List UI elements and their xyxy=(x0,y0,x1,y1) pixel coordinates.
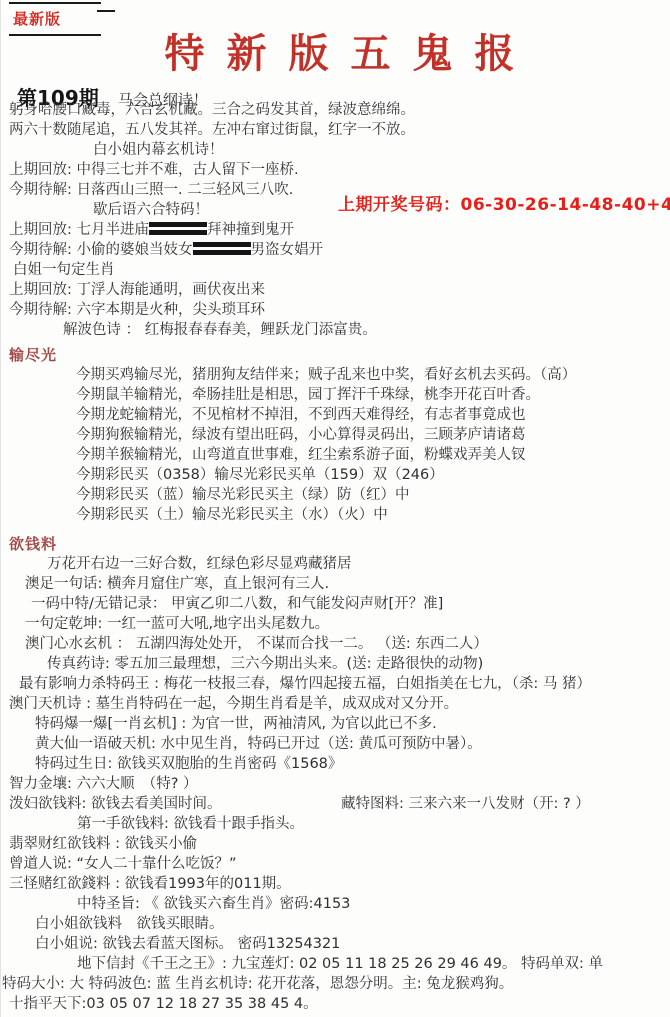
text-line: 白姐一句定生肖 xyxy=(1,260,670,280)
text-line: 翡翠财红欲钱料 : 欲钱买小偷 xyxy=(1,834,670,854)
text-line: 上期回放: 七月半进庙拜神撞到鬼开 xyxy=(1,220,670,240)
right-column-text: 藏特图料: 三来六来一八发财（开: ? ） xyxy=(341,794,590,814)
text-line: 第一手欲钱料: 欲钱看十跟手指头。 xyxy=(1,814,670,834)
censor-bar xyxy=(193,242,251,255)
text-line: 今期羊猴输精光，山弯道直世事难，红尘索系游子面，粉蝶戏弄美人钗 xyxy=(1,445,670,465)
section-header: 欲钱料 xyxy=(1,534,670,554)
text-line: 今期买鸡输尽光，猪朋狗友结伴来；贼子乱来也中奖，看好玄机去买码。（高） xyxy=(1,365,670,385)
text-line: 今期狗猴输精光，绿波有望出旺码，小心算得灵码出，三顾茅庐请诸葛 xyxy=(1,425,670,445)
text-line: 白小姐说: 欲钱去看蓝天图标。 密码13254321 xyxy=(1,934,670,954)
text-line: 今期待解: 日落西山三照一. 二三轻风三八吹. xyxy=(1,180,670,200)
text-line: 解波色诗 ： 红梅报春春春美，鲤跃龙门添富贵。 xyxy=(1,320,670,340)
text-line: 万花开右边一三好合数，红绿色彩尽显鸡藏猪居 xyxy=(1,554,670,574)
text-line: 今期彩民买（蓝）输尽光彩民买主（绿）防（红）中 xyxy=(1,485,670,505)
text-line: 上期回放: 中得三七并不难，古人留下一座桥. xyxy=(1,160,670,180)
text-line: 上期回放: 丁浮人海能通明，画伏夜出来 xyxy=(1,280,670,300)
section-header: 输尽光 xyxy=(1,345,670,365)
text-line: 今期彩民买（0358）输尽光彩民买单（159）双（246） xyxy=(1,465,670,485)
edition-label: 最新版 xyxy=(13,10,61,28)
text-line: 两六十数随尾追，五八发其祥。左冲右窜过街鼠，红字一不放。 xyxy=(1,120,670,140)
text-line: 躬身哈腰口藏毒，六合玄机藏。三合之码发其首，绿波意绵绵。 xyxy=(1,100,670,120)
text-line: 特码爆一爆[一肖玄机] : 为官一世，两袖清风, 为官以此已不多. xyxy=(1,714,670,734)
text-line: 特码过生日: 欲钱买双胞胎的生肖密码《1568》 xyxy=(1,754,670,774)
content: 躬身哈腰口藏毒，六合玄机藏。三合之码发其首，绿波意绵绵。两六十数随尾追，五八发其… xyxy=(1,100,670,1014)
text-line: 智力金壤: 六六大顺 （特? ） xyxy=(1,774,670,794)
text-line: 今期鼠羊输精光，牵肠挂肚是相思，园丁挥汗千珠绿，桃李开花百叶香。 xyxy=(1,385,670,405)
text-line: 一句定乾坤: 一红一蓝可大吼,地字出头尾数九。 xyxy=(1,614,670,634)
text-line: 地下信封《千王之王》: 九宝莲灯: 02 05 11 18 25 26 29 4… xyxy=(1,954,670,974)
text-line: 黄大仙一语破天机: 水中见生肖，特码已开过（送: 黄瓜可预防中暑）。 xyxy=(1,734,670,754)
text-line: 特码大小: 大 特码波色: 蓝 生肖玄机诗: 花开花落，恩怨分明。主: 兔龙猴鸡… xyxy=(1,974,670,994)
text-line: 歇后语六合特码！ xyxy=(1,200,670,220)
text-line: 曾道人说: “女人二十靠什么吃饭？” xyxy=(1,854,670,874)
text-line: 一码中特/无错记录： 甲寅乙卯二八数，和气能发闷声财[开？准] xyxy=(1,594,670,614)
text-line: 白小姐内幕玄机诗！ xyxy=(1,140,670,160)
text-line: 今期龙蛇输精光，不见棺材不掉泪，不到西天难得经，有志者事竟成也 xyxy=(1,405,670,425)
text-line: 澳足一句话: 横奔月窟住广寒，直上银河有三人. xyxy=(1,574,670,594)
text-line: 今期彩民买（土）输尽光彩民买主（水）（火）中 xyxy=(1,505,670,525)
text-line: 中特圣旨: 《 欲钱买六畜生肖》密码:4153 xyxy=(1,894,670,914)
censor-bar xyxy=(149,222,207,235)
page-title: 特新版五鬼报 xyxy=(61,22,640,79)
text-line: 泼妇欲钱料: 欲钱去看美国时间。藏特图料: 三来六来一八发财（开: ? ） xyxy=(1,794,670,814)
text-line: 十指平天下:03 05 07 12 18 27 35 38 45 4。 xyxy=(1,994,670,1014)
text-line: 最有影响力杀特码王 : 梅花一枝报三春，爆竹四起接五福，白姐指美在七九，（杀: … xyxy=(1,674,670,694)
edition-rule-line xyxy=(97,10,115,12)
text-line: 澳门心水玄机 ： 五湖四海处处开， 不谋而合找一二。 （送: 东西二人） xyxy=(1,634,670,654)
text-line: 今期待解: 六字本期是火种，尖头琐耳环 xyxy=(1,300,670,320)
newspaper-page: 最新版 特新版五鬼报 第109期 马会总纲诗！ 上期开奖号码：06-30-26-… xyxy=(0,0,670,1017)
text-line: 传真药诗: 零五加三最理想，三六今期出头来。(送: 走路很快的动物) xyxy=(1,654,670,674)
text-line: 白小姐欲钱料 欲钱买眼睛。 xyxy=(1,914,670,934)
text-line: 澳门天机诗 : 墓生肖特码在一起，今期生肖看是羊，成双成对又分开。 xyxy=(1,694,670,714)
text-line: 今期待解: 小偷的婆娘当妓女男盗女娼开 xyxy=(1,240,670,260)
text-line: 三怪赌红欲錢料 : 欲钱看1993年的011期。 xyxy=(1,874,670,894)
